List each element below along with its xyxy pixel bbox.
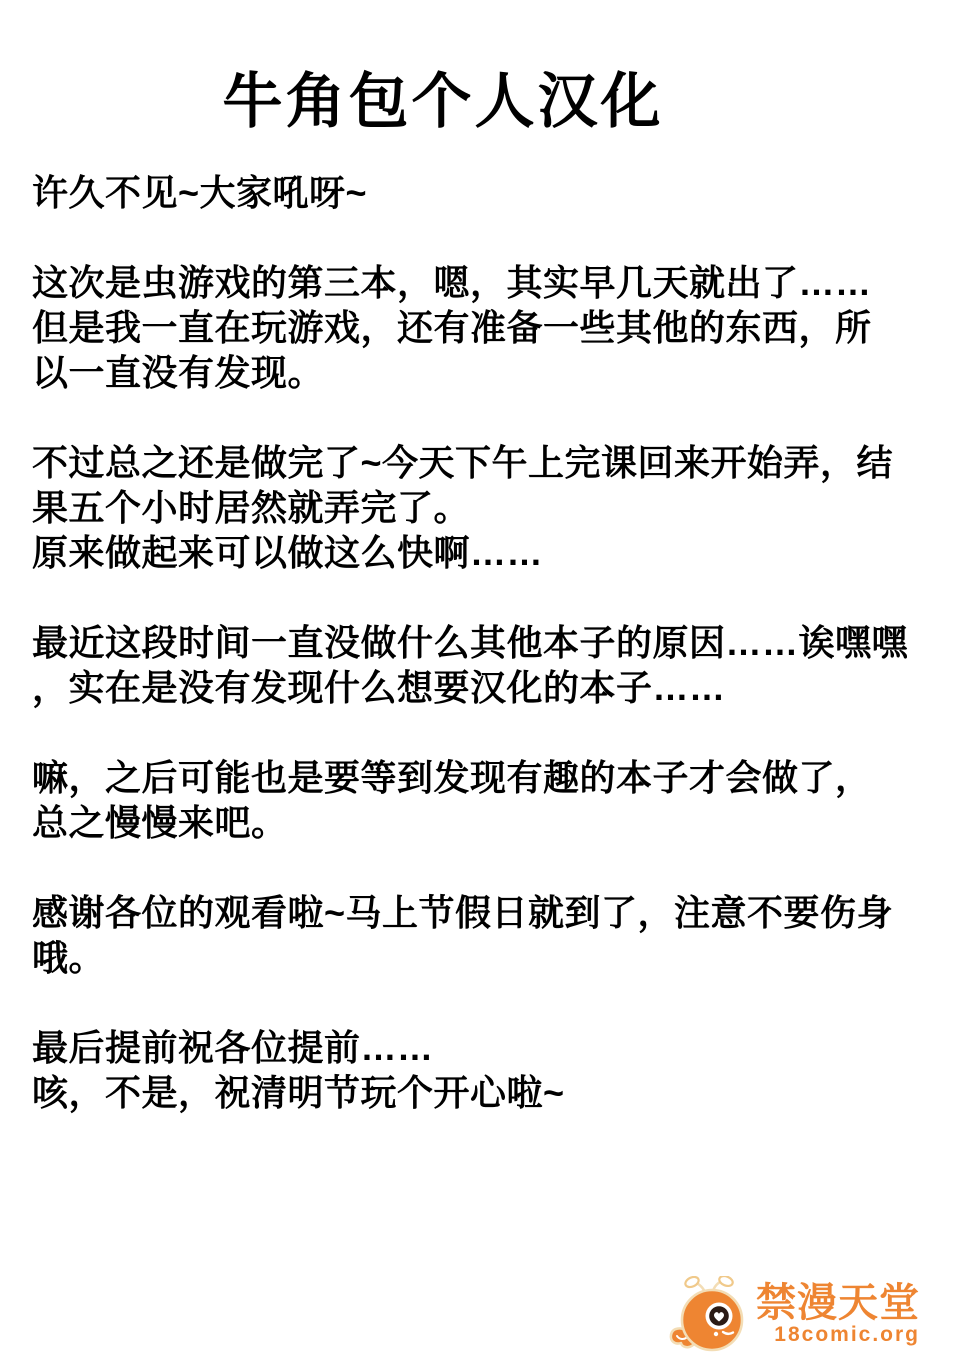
paragraph-thanks: 感谢各位的观看啦~马上节假日就到了，注意不要伤身 哦。 — [32, 890, 940, 980]
watermark-brand-name: 禁漫天堂 — [756, 1283, 920, 1323]
watermark-site-url: 18comic.org — [774, 1324, 920, 1346]
paragraph-reason: 最近这段时间一直没做什么其他本子的原因……诶嘿嘿 ，实在是没有发现什么想要汉化的… — [32, 620, 940, 710]
page-title: 牛角包个人汉化 — [0, 64, 886, 140]
paragraph-future: 嘛，之后可能也是要等到发现有趣的本子才会做了， 总之慢慢来吧。 — [32, 755, 940, 845]
watermark-text: 禁漫天堂 18comic.org — [756, 1283, 920, 1346]
paragraph-progress: 不过总之还是做完了~今天下午上完课回来开始弄，结 果五个小时居然就弄完了。 原来… — [32, 440, 940, 575]
whale-mascot-icon — [667, 1276, 751, 1352]
paragraph-festival: 最后提前祝各位提前…… 咳，不是，祝清明节玩个开心啦~ — [32, 1025, 940, 1115]
paragraph-greeting: 许久不见~大家吼呀~ — [32, 170, 940, 215]
site-watermark: 禁漫天堂 18comic.org — [667, 1276, 920, 1352]
paragraph-release: 这次是虫游戏的第三本，嗯，其实早几天就出了…… 但是我一直在玩游戏，还有准备一些… — [32, 260, 940, 395]
note-text-block: 许久不见~大家吼呀~ 这次是虫游戏的第三本，嗯，其实早几天就出了…… 但是我一直… — [32, 170, 940, 1160]
scanlation-note-page: 牛角包个人汉化 许久不见~大家吼呀~ 这次是虫游戏的第三本，嗯，其实早几天就出了… — [0, 0, 960, 1362]
